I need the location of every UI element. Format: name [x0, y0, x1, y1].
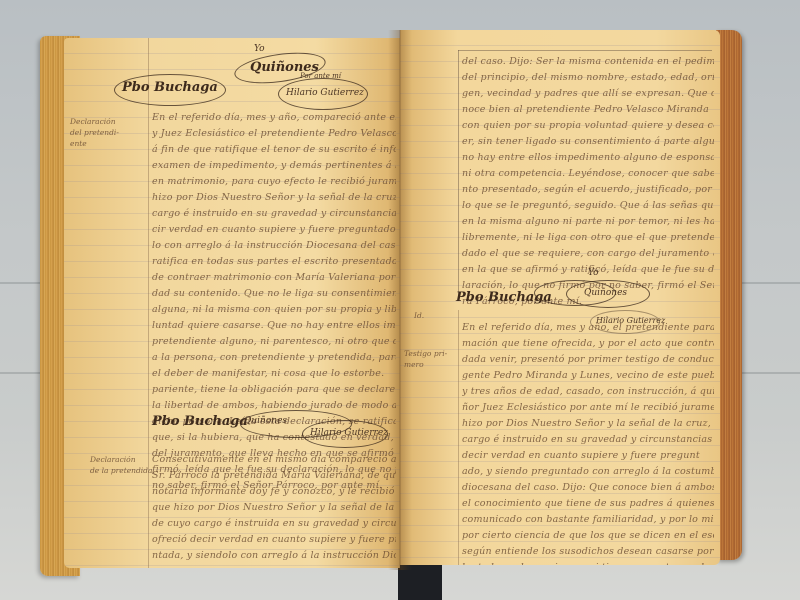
photo-scene: Yo Quiñones Pbo Buchaga Por ante mí Hila… — [0, 0, 800, 600]
handwritten-line: alguna, ni la misma con quien por su pro… — [152, 302, 396, 318]
right-page: del caso. Dijo: Ser la misma contenida e… — [400, 30, 720, 565]
handwritten-line: ñor Juez Eclesiástico por ante mí le rec… — [462, 400, 714, 416]
text-frame-rule — [458, 50, 459, 300]
handwritten-line: hizo por Dios Nuestro Señor y la señal d… — [462, 416, 714, 432]
margin-rule — [148, 38, 149, 568]
signature-gutierrez: Hilario Gutierrez — [310, 428, 388, 438]
handwritten-line: luntad, por lo que ignora si tienen pare… — [462, 560, 714, 565]
handwritten-line: gente Pedro Miranda y Lunes, vecino de e… — [462, 368, 714, 384]
handwritten-line: según entiende los susodichos desean cas… — [462, 544, 714, 560]
handwritten-line: decir verdad en cuanto supiere y fuere p… — [462, 448, 714, 464]
handwritten-line: por cierto ciencia de que los que se dic… — [462, 528, 714, 544]
signature-mark: Yo — [588, 268, 599, 278]
handwritten-line: cir verdad en cuanto supiere y fuere pre… — [152, 222, 396, 238]
signature-quinones: Quiñones — [244, 416, 287, 426]
handwritten-line: comunicado con bastante familiaridad, y … — [462, 512, 714, 528]
signature-quinones: Quiñones — [584, 288, 627, 298]
handwritten-line: noce bien al pretendiente Pedro Velasco … — [462, 102, 714, 118]
handwritten-line: á fin de que ratifique el tenor de su es… — [152, 142, 396, 158]
margin-note-declaration-pretendida: Declaración de la pretendida — [90, 454, 152, 476]
handwritten-line: pariente, tiene la obligación para que s… — [152, 382, 396, 398]
margin-note-declaration: Declaración del pretendi- ente — [70, 116, 119, 149]
handwritten-line: gen, vecindad y padres que allí se expre… — [462, 86, 714, 102]
handwritten-line: y Juez Eclesiástico el pretendiente Pedr… — [152, 126, 396, 142]
handwritten-line: ntada, y siendolo con arreglo á la instr… — [152, 548, 396, 564]
handwritten-line: ofreció decir verdad en cuanto supiere y… — [152, 532, 396, 548]
handwritten-line: y tres años de edad, casado, con instruc… — [462, 384, 714, 400]
margin-note-line: del pretendi- — [70, 127, 119, 138]
text-frame-rule — [458, 50, 712, 51]
handwritten-line: en la misma alguno ni parte ni por temor… — [462, 214, 714, 230]
handwritten-line: ni otra competencia. Leyéndose, conocer … — [462, 166, 714, 182]
margin-note-ditto: Id. — [414, 310, 424, 321]
handwritten-line: a la persona, con pretendiente y pretend… — [152, 350, 396, 366]
handwritten-line: lo con arreglo á la instrucción Diocesan… — [152, 238, 396, 254]
handwritten-line: nto presentado, según el acuerdo, justif… — [462, 182, 714, 198]
handwritten-line: pretendiente alguno, ni parentesco, ni o… — [152, 334, 396, 350]
handwritten-line: no hay entre ellos impedimento alguno de… — [462, 150, 714, 166]
handwritten-line: el deber de manifestar, ni cosa que lo e… — [152, 366, 396, 382]
book-gutter — [388, 30, 412, 570]
margin-note-line: Declaración — [90, 454, 152, 465]
handwritten-line: de contraer matrimonio con María Valeria… — [152, 270, 396, 286]
handwritten-line: con quien por su propia voluntad quiere … — [462, 118, 714, 134]
handwritten-line: hizo por Dios Nuestro Señor y la señal d… — [152, 190, 396, 206]
handwritten-line: del principio, del mismo nombre, estado,… — [462, 70, 714, 86]
handwritten-line: Sr. Párroco la pretendida María Valerian… — [152, 468, 396, 484]
margin-note-line: de la pretendida — [90, 465, 152, 476]
handwritten-line: cargo é instruido en su gravedad y circu… — [462, 432, 714, 448]
signature-gutierrez: Hilario Gutierrez — [286, 88, 364, 98]
signature-buchaga: Pbo Buchaga — [122, 80, 218, 95]
handwritten-line: luntad quiere casarse. Que no hay entre … — [152, 318, 396, 334]
handwritten-line: libremente, ni le liga con otro que el q… — [462, 230, 714, 246]
handwritten-line: ratifica en todas sus partes el escrito … — [152, 254, 396, 270]
signature-buchaga: Pbo Buchaga — [456, 290, 552, 305]
handwritten-line: notaría informante doy fe y conozco, y l… — [152, 484, 396, 500]
signature-mark: Yo — [254, 44, 265, 54]
handwritten-line: que hizo por Dios Nuestro Señor y la señ… — [152, 500, 396, 516]
handwritten-line: el conocimiento que tiene de sus padres … — [462, 496, 714, 512]
margin-note-line: Declaración — [70, 116, 119, 127]
handwritten-line: dad su contenido. Que no le liga su cons… — [152, 286, 396, 302]
margin-rule — [458, 310, 459, 565]
handwritten-line: lo que se le preguntó, seguido. Que á la… — [462, 198, 714, 214]
handwritten-line: Consecutivamente en el mismo día compare… — [152, 452, 396, 468]
handwritten-line: examen de impedimento, y demás pertinent… — [152, 158, 396, 174]
handwritten-line: de cuyo cargo é instruida en su gravedad… — [152, 516, 396, 532]
handwritten-line: ado, y siendo preguntado con arreglo á l… — [462, 464, 714, 480]
handwritten-line: cargo é instruido en su gravedad y circu… — [152, 206, 396, 222]
signature-buchaga: Pbo Buchaga — [152, 414, 248, 429]
handwritten-line: En el referido día, mes y año, el preten… — [462, 320, 714, 336]
margin-note-line: Id. — [414, 310, 424, 321]
handwritten-line: mación que tiene ofrecida, y por el acto… — [462, 336, 714, 352]
handwritten-line: diocesana del caso. Dijo: Que conoce bie… — [462, 480, 714, 496]
handwritten-line: del caso. Dijo: Ser la misma contenida e… — [462, 54, 714, 70]
left-page: Yo Quiñones Pbo Buchaga Por ante mí Hila… — [64, 38, 400, 568]
handwritten-line: En el referido día, mes y año, compareci… — [152, 110, 396, 126]
margin-note-line: ente — [70, 138, 119, 149]
handwritten-line: er, sin tener ligado su consentimiento á… — [462, 134, 714, 150]
handwritten-line: dado el que se requiere, con cargo del j… — [462, 246, 714, 262]
handwritten-line: en matrimonio, para cuyo efecto le recib… — [152, 174, 396, 190]
handwritten-line: dada venir, presentó por primer testigo … — [462, 352, 714, 368]
